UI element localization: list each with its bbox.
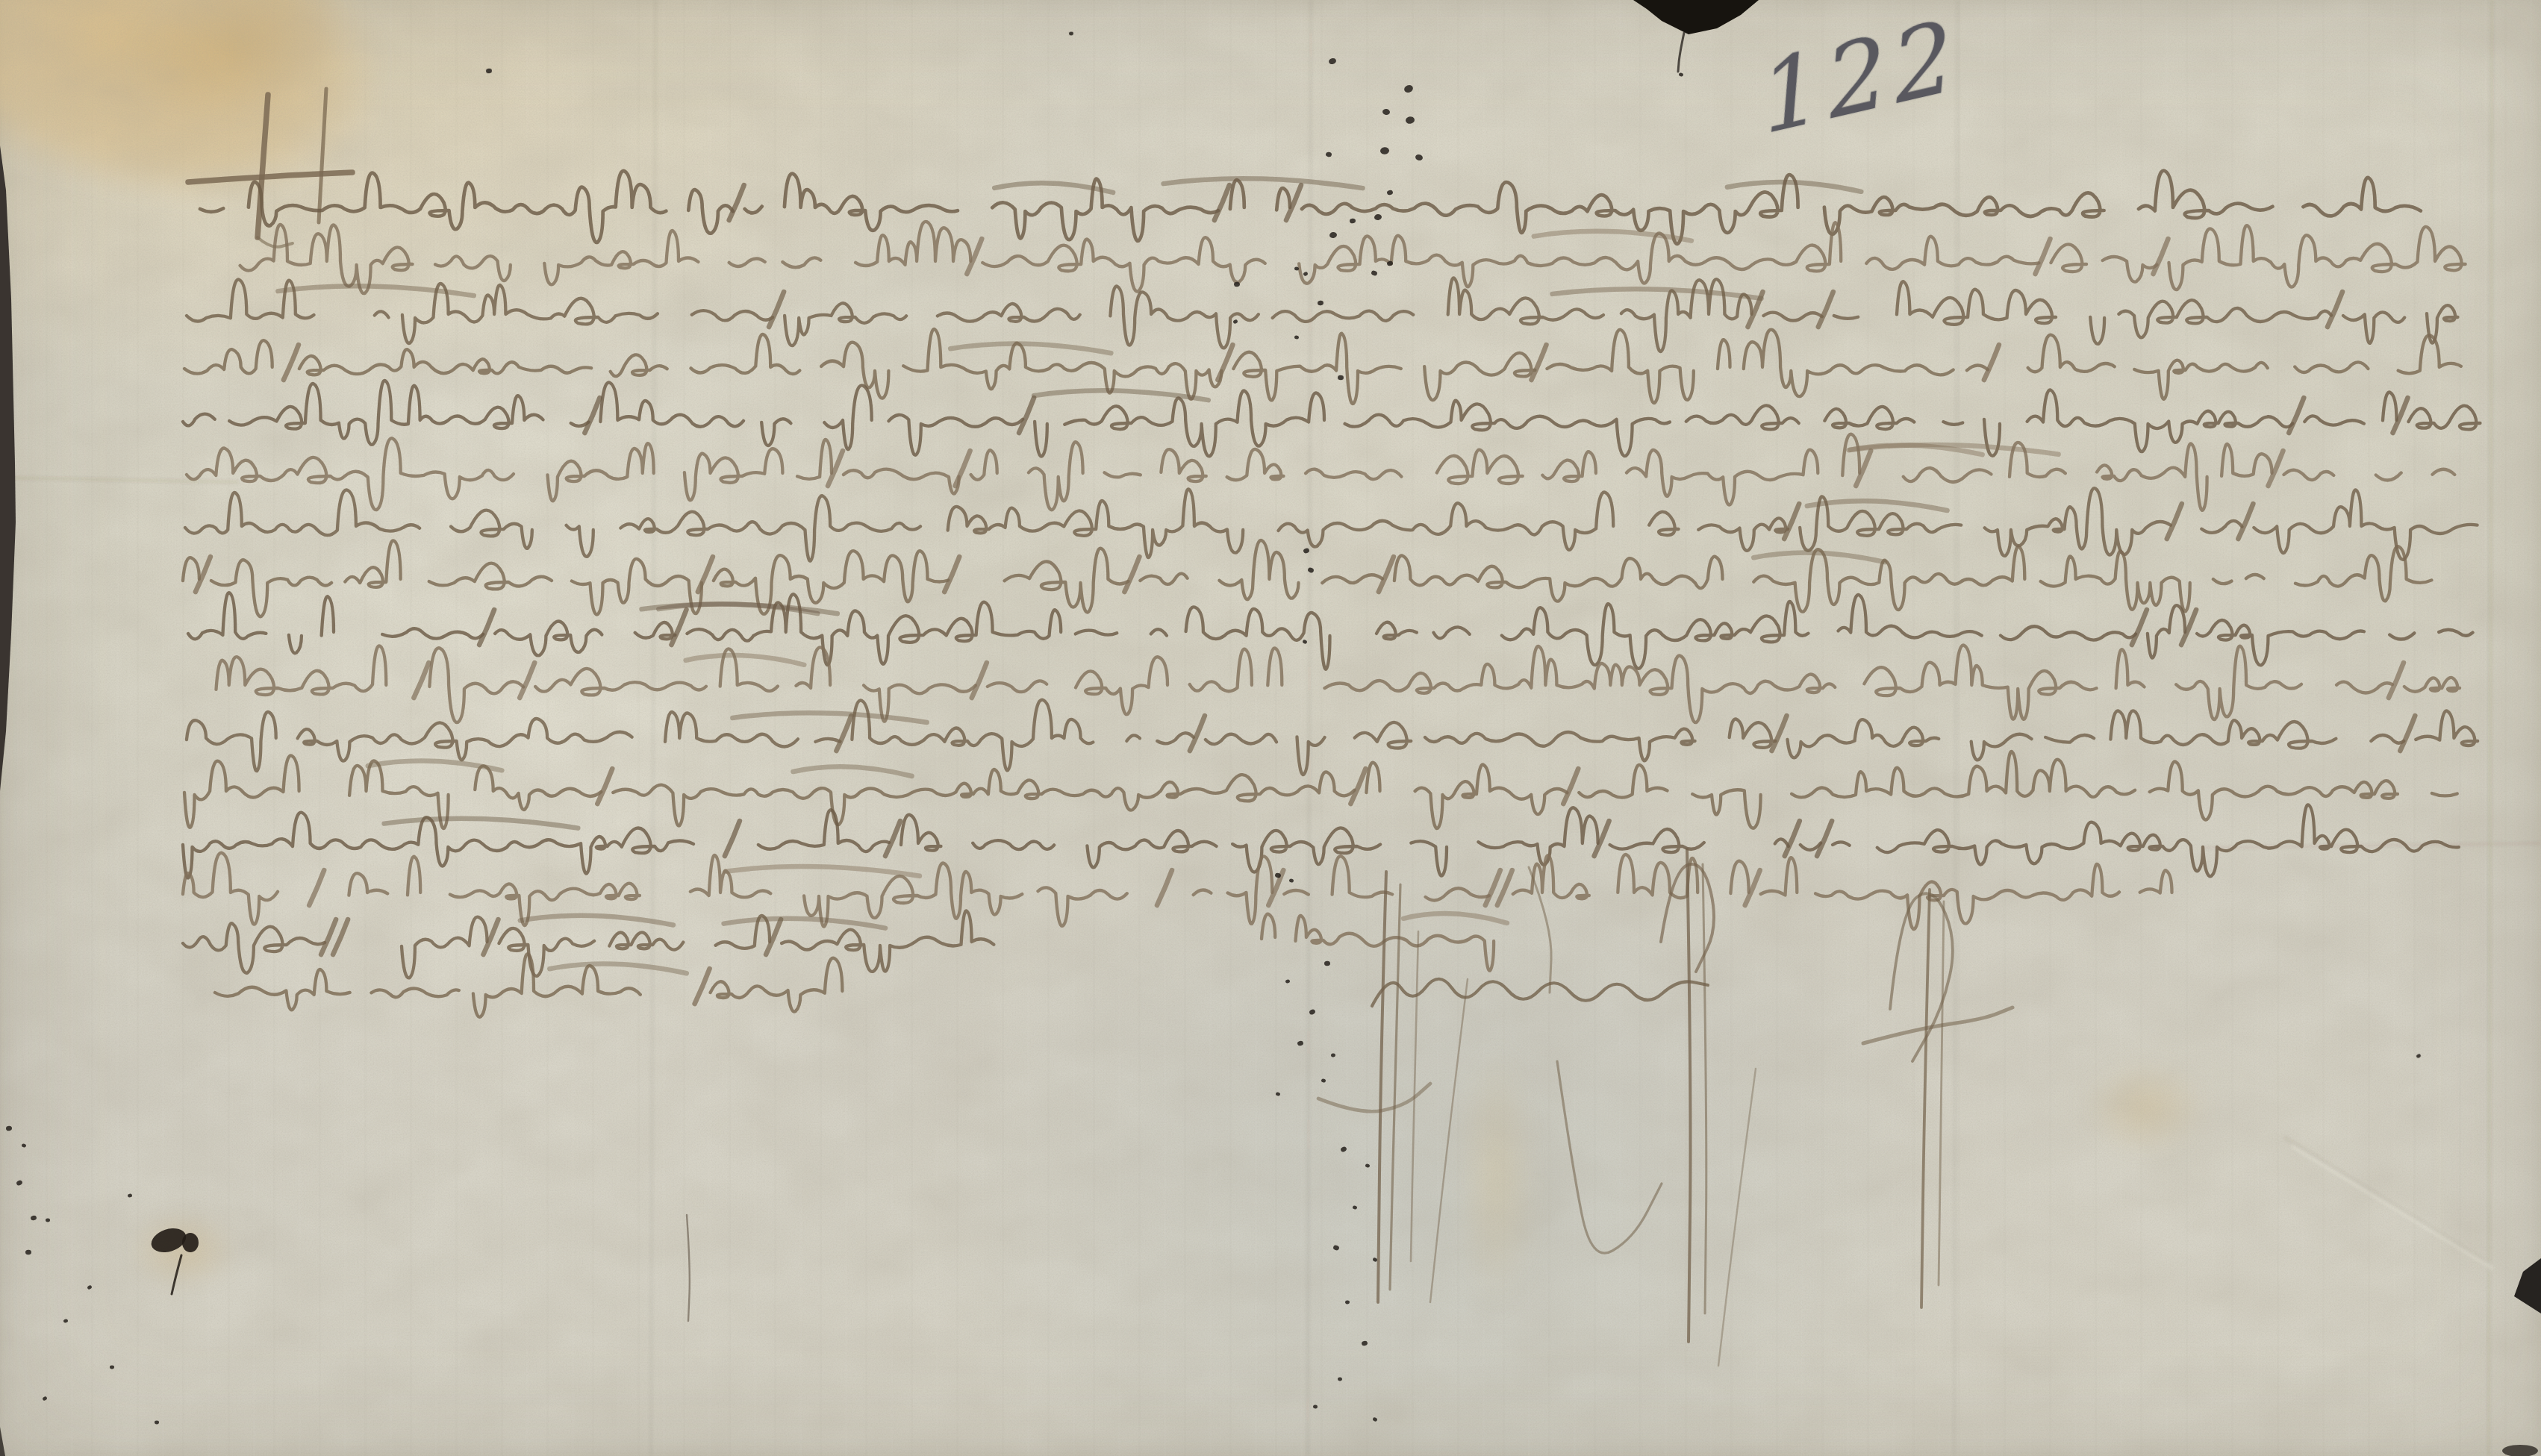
ink-layer xyxy=(0,0,2541,1456)
ink-speck xyxy=(110,1366,114,1369)
manuscript-scan: 122 xyxy=(0,0,2541,1456)
ink-blot-blob xyxy=(182,1233,199,1252)
paper-grain-texture xyxy=(0,0,2541,1456)
ink-speck xyxy=(155,1421,159,1425)
